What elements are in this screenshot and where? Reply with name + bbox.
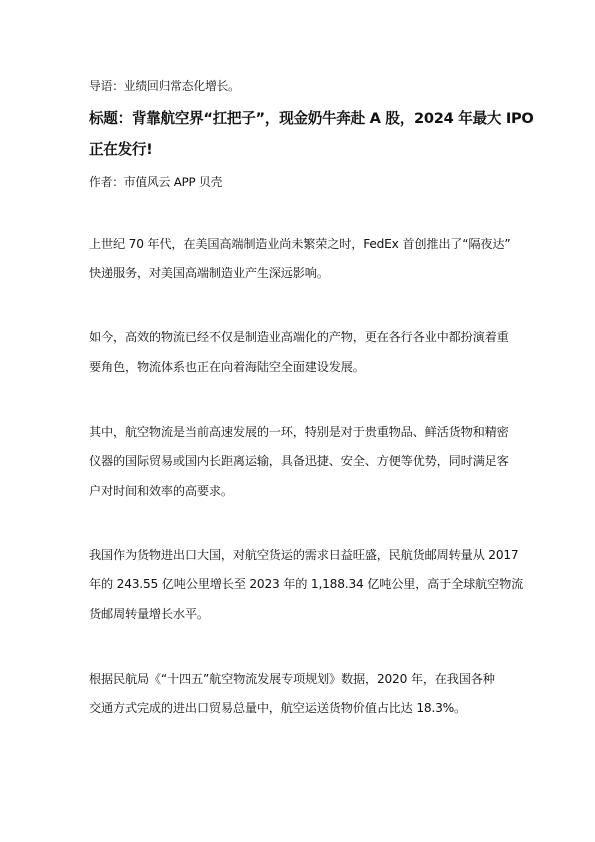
author-line: 作者：市值风云 APP 贝壳 bbox=[89, 174, 222, 190]
paragraph-5-line-2: 交通方式完成的进出口贸易总量中，航空运送货物价值占比达 18.3%。 bbox=[89, 700, 466, 716]
paragraph-2-line-1: 如今，高效的物流已经不仅是制造业高端化的产物，更在各行各业中都扮演着重 bbox=[89, 329, 509, 345]
paragraph-5-line-1: 根据民航局《“十四五”航空物流发展专项规划》数据，2020 年，在我国各种 bbox=[89, 671, 495, 687]
article-title-line-1: 标题：背靠航空界“扛把子”，现金奶牛奔赴 A 股，2024 年最大 IPO bbox=[89, 110, 534, 128]
paragraph-4-line-3: 货邮周转量增长水平。 bbox=[89, 606, 209, 622]
paragraph-4-line-2: 年的 243.55 亿吨公里增长至 2023 年的 1,188.34 亿吨公里，… bbox=[89, 576, 523, 592]
paragraph-3-line-1: 其中，航空物流是当前高速发展的一环，特别是对于贵重物品、鲜活货物和精密 bbox=[89, 424, 509, 440]
lead-text: 导语：业绩回归常态化增长。 bbox=[89, 78, 240, 94]
paragraph-1-line-2: 快递服务，对美国高端制造业产生深远影响。 bbox=[89, 265, 329, 281]
article-title-line-2: 正在发行! bbox=[89, 141, 153, 159]
paragraph-3-line-2: 仪器的国际贸易或国内长距离运输，具备迅捷、安全、方便等优势，同时满足客 bbox=[89, 453, 509, 469]
paragraph-3-line-3: 户对时间和效率的高要求。 bbox=[89, 483, 233, 499]
paragraph-4-line-1: 我国作为货物进出口大国，对航空货运的需求日益旺盛，民航货邮周转量从 2017 bbox=[89, 547, 518, 563]
paragraph-1-line-1: 上世纪 70 年代，在美国高端制造业尚未繁荣之时，FedEx 首创推出了“隔夜达… bbox=[89, 236, 511, 252]
paragraph-2-line-2: 要角色，物流体系也正在向着海陆空全面建设发展。 bbox=[89, 359, 365, 375]
